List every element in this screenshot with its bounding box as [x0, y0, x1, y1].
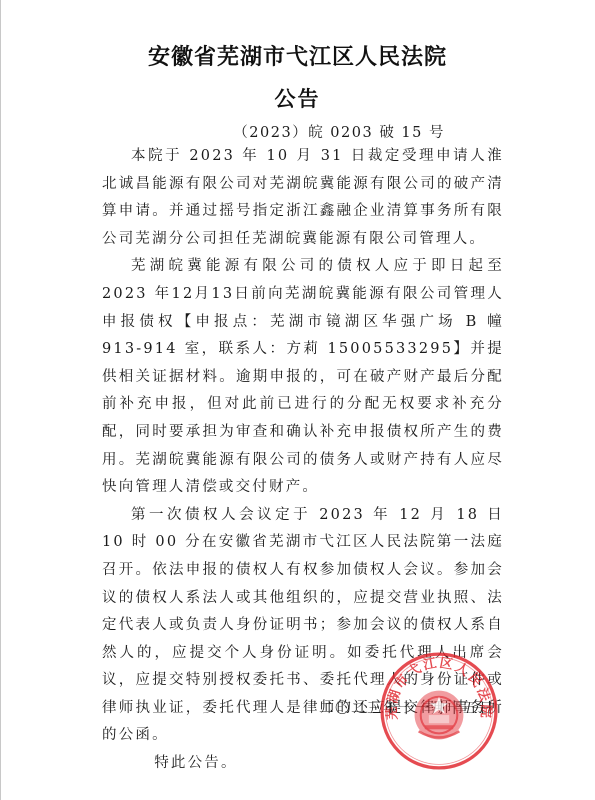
case-number: （2023）皖 0203 破 15 号: [233, 121, 445, 142]
document-title: 安徽省芜湖市弋江区人民法院: [0, 40, 595, 71]
issue-date: 二〇二三年十一月十五日: [319, 697, 495, 718]
paragraph-acceptance: 本院于 2023 年 10 月 31 日裁定受理申请人淮北诚昌能源有限公司对芜湖…: [102, 143, 504, 253]
document-body: 本院于 2023 年 10 月 31 日裁定受理申请人淮北诚昌能源有限公司对芜湖…: [102, 143, 504, 778]
page-edge-line: [0, 0, 1, 800]
closing-statement: 特此公告。: [102, 750, 504, 778]
document-subtitle: 公告: [0, 83, 595, 113]
paragraph-claims-filing: 芜湖皖冀能源有限公司的债权人应于即日起至 2023 年12月13日前向芜湖皖冀能…: [102, 253, 504, 501]
